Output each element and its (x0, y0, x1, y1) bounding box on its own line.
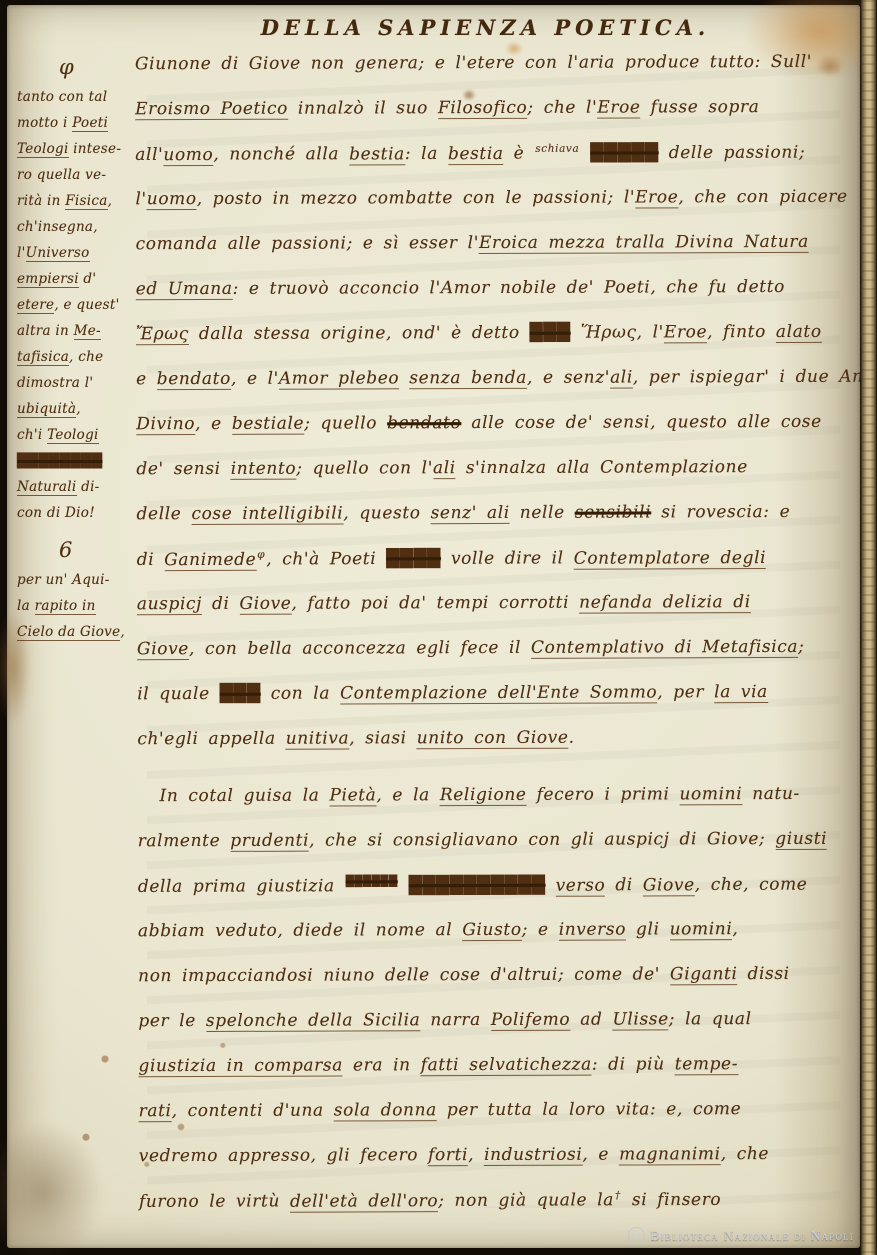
text-line: Eroismo Poetico innalzò il suo Filosofic… (135, 97, 834, 144)
text-line: delle cose intelligibili, questo senz' a… (137, 502, 836, 549)
text-line: Giunone di Giove non genera; e l'etere c… (135, 52, 834, 99)
text-line: In cotal guisa la Pietà, e la Religione … (137, 784, 836, 831)
text-line: vedremo appresso, gli fecero forti, indu… (139, 1144, 838, 1191)
text-line: etere, e quest' (17, 297, 141, 323)
text-line: ralmente prudenti, che si consigliavano … (138, 829, 837, 876)
text-line: per le spelonche della Sicilia narra Pol… (138, 1009, 837, 1056)
manuscript-scan: DELLA SAPIENZA POETICA. φ tanto con talm… (0, 0, 877, 1255)
text-line: abbiam veduto, diede il nome al Giusto; … (138, 919, 837, 966)
manuscript-title: DELLA SAPIENZA POETICA. (137, 15, 834, 40)
margin-note: 6 per un' Aqui-la rapito inCielo da Giov… (17, 538, 141, 650)
library-watermark: ✳ Biblioteca Nazionale di Napoli (628, 1227, 854, 1244)
text-line: ch'insegna, (17, 219, 141, 245)
text-line: altra in Me- (17, 323, 141, 349)
paragraph: In cotal guisa la Pietà, e la Religione … (137, 784, 838, 1236)
text-line: auspicj di Giove, fatto poi da' tempi co… (137, 592, 836, 639)
text-line: non impacciandosi niuno delle cose d'alt… (138, 964, 837, 1011)
text-line: tafisica, che (17, 349, 141, 375)
library-seal-icon: ✳ (628, 1227, 645, 1244)
margin-note-lines: tanto con talmotto i PoetiTeologi intese… (17, 89, 141, 531)
text-line: de' sensi intento; quello con l'ali s'in… (136, 457, 835, 504)
text-line: ed Umana: e truovò acconcio l'Amor nobil… (136, 277, 835, 324)
text-line: il quale ███ con la Contemplazione dell'… (137, 682, 836, 729)
text-line: ro quella ve- (17, 167, 141, 193)
paragraph: Giunone di Giove non genera; e l'etere c… (135, 52, 837, 774)
body-text: Giunone di Giove non genera; e l'etere c… (135, 52, 838, 1236)
text-line: Teologi intese- (17, 141, 141, 167)
text-line: motto i Poeti (17, 115, 141, 141)
text-line: Naturali di- (17, 479, 141, 505)
library-watermark-text: Biblioteca Nazionale di Napoli (650, 1228, 854, 1244)
text-line: l'uomo, posto in mezzo combatte con le p… (135, 187, 834, 234)
margin-siglum: φ (17, 55, 141, 89)
text-line: con di Dio! (17, 505, 141, 531)
margin-note: φ tanto con talmotto i PoetiTeologi inte… (17, 55, 141, 531)
text-line: l'Universo (17, 245, 141, 271)
margin-siglum: 6 (17, 538, 141, 572)
text-line: ch'egli appella unitiva, siasi unito con… (137, 727, 836, 774)
text-line: e bendato, e l'Amor plebeo senza benda, … (136, 367, 835, 414)
text-line: empiersi d' (17, 271, 141, 297)
text-line: all'uomo, nonché alla bestia: la bestia … (135, 142, 834, 189)
margin-note-lines: per un' Aqui-la rapito inCielo da Giove, (17, 572, 141, 650)
text-line: ch'i Teologi (17, 427, 141, 453)
text-line: ubiquità, (17, 401, 141, 427)
text-line: rità in Fisica, (17, 193, 141, 219)
text-line: per un' Aqui- (17, 572, 141, 598)
stain (0, 1122, 103, 1255)
text-line: di Ganimedeφ, ch'à Poeti ████ volle dire… (137, 547, 836, 594)
text-line: Divino, e bestiale; quello bendato alle … (136, 412, 835, 459)
book-fore-edge (860, 0, 877, 1255)
text-line: tanto con tal (17, 89, 141, 115)
text-line: Giove, con bella acconcezza egli fece il… (137, 637, 836, 684)
text-line: rati, contenti d'una sola donna per tutt… (139, 1099, 838, 1146)
manuscript-page: DELLA SAPIENZA POETICA. φ tanto con talm… (7, 5, 860, 1248)
text-line: ████████ (17, 453, 141, 479)
text-line: Ἔρως dalla stessa origine, ond' è detto … (136, 322, 835, 369)
text-line: comanda alle passioni; e sì esser l'Eroi… (136, 232, 835, 279)
text-line: giustizia in comparsa era in fatti selva… (138, 1054, 837, 1101)
text-line: la rapito in (17, 598, 141, 624)
text-line: dimostra l' (17, 375, 141, 401)
text-line: della prima giustizia ██████ ██████████ … (138, 874, 837, 921)
text-line: Cielo da Giove, (17, 624, 141, 650)
